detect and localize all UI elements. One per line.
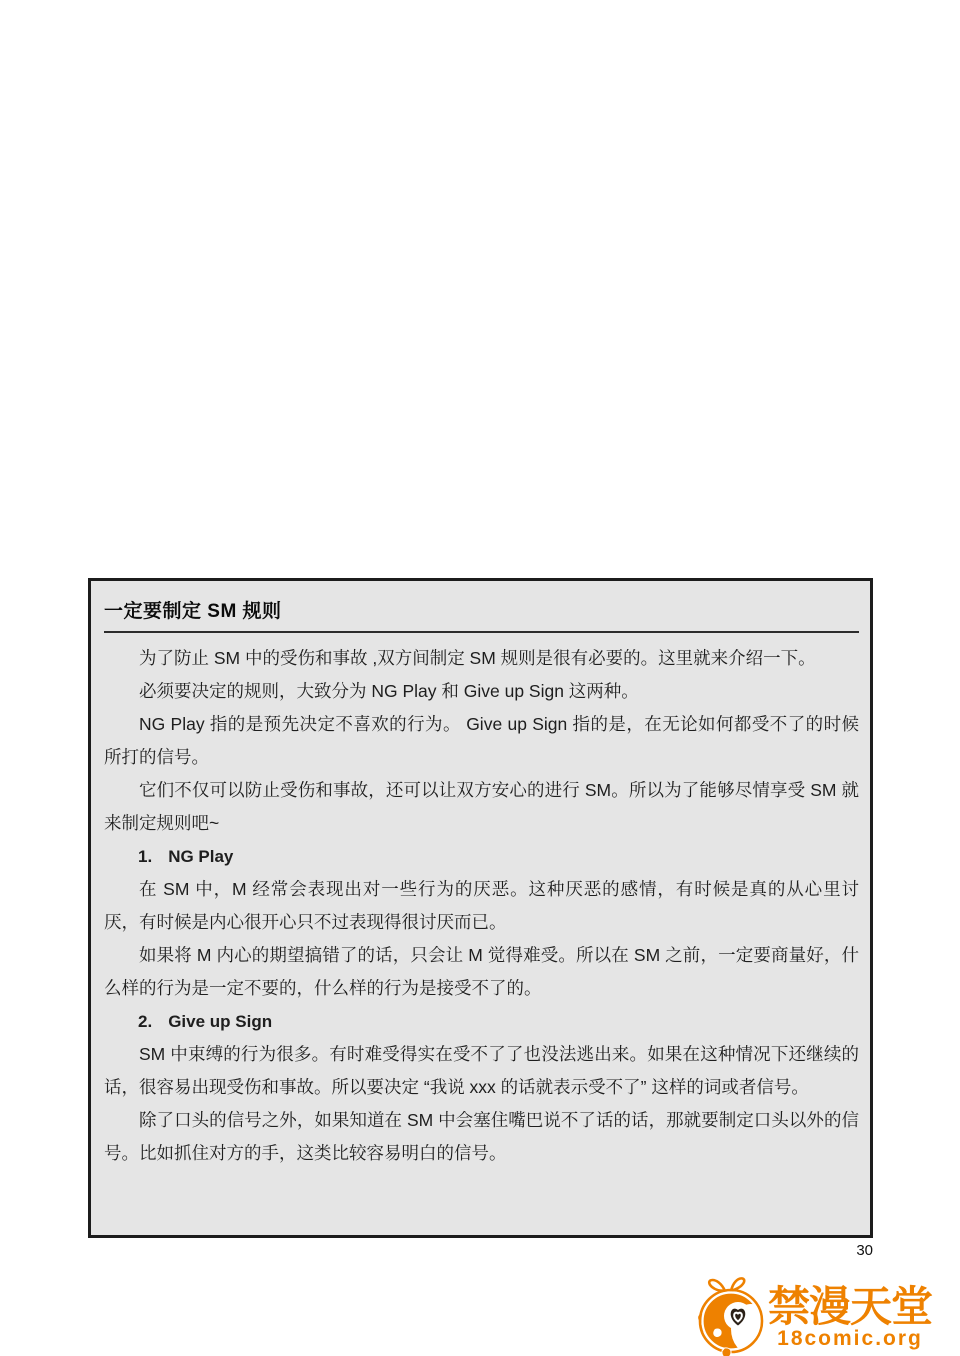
paragraph: 为了防止 SM 中的受伤和事故 ,双方间制定 SM 规则是很有必要的。这里就来介…: [104, 642, 859, 675]
paragraph: 在 SM 中，M 经常会表现出对一些行为的厌恶。这种厌恶的感情，有时候是真的从心…: [104, 873, 859, 939]
whale-mascot-icon: [693, 1269, 767, 1356]
site-name: 禁漫天堂: [768, 1286, 932, 1328]
paragraph: NG Play 指的是预先决定不喜欢的行为。 Give up Sign 指的是，…: [104, 708, 859, 774]
watermark-text: 禁漫天堂 18comic.org: [768, 1269, 932, 1349]
list-item-label: NG Play: [168, 847, 233, 866]
list-item-number: 1.: [138, 847, 152, 866]
section-title: 一定要制定 SM 规则: [104, 600, 859, 623]
list-item-number: 2.: [138, 1012, 152, 1031]
title-underline: [104, 631, 859, 633]
site-watermark: 禁漫天堂 18comic.org: [693, 1269, 932, 1356]
list-item-label: Give up Sign: [168, 1012, 272, 1031]
document-page: 一定要制定 SM 规则 为了防止 SM 中的受伤和事故 ,双方间制定 SM 规则…: [0, 0, 960, 1356]
paragraph: SM 中束缚的行为很多。有时难受得实在受不了了也没法逃出来。如果在这种情况下还继…: [104, 1038, 859, 1104]
sm-rules-section-box: 一定要制定 SM 规则 为了防止 SM 中的受伤和事故 ,双方间制定 SM 规则…: [88, 578, 873, 1238]
paragraph: 必须要决定的规则，大致分为 NG Play 和 Give up Sign 这两种…: [104, 675, 859, 708]
paragraph: 除了口头的信号之外，如果知道在 SM 中会塞住嘴巴说不了话的话，那就要制定口头以…: [104, 1104, 859, 1170]
section-body: 为了防止 SM 中的受伤和事故 ,双方间制定 SM 规则是很有必要的。这里就来介…: [104, 642, 859, 1170]
page-number: 30: [88, 1242, 873, 1259]
site-domain: 18comic.org: [777, 1328, 923, 1349]
list-item-heading: 2.Give up Sign: [104, 1005, 859, 1038]
list-item-heading: 1.NG Play: [104, 840, 859, 873]
paragraph: 它们不仅可以防止受伤和事故，还可以让双方安心的进行 SM。所以为了能够尽情享受 …: [104, 774, 859, 840]
paragraph: 如果将 M 内心的期望搞错了的话，只会让 M 觉得难受。所以在 SM 之前，一定…: [104, 939, 859, 1005]
